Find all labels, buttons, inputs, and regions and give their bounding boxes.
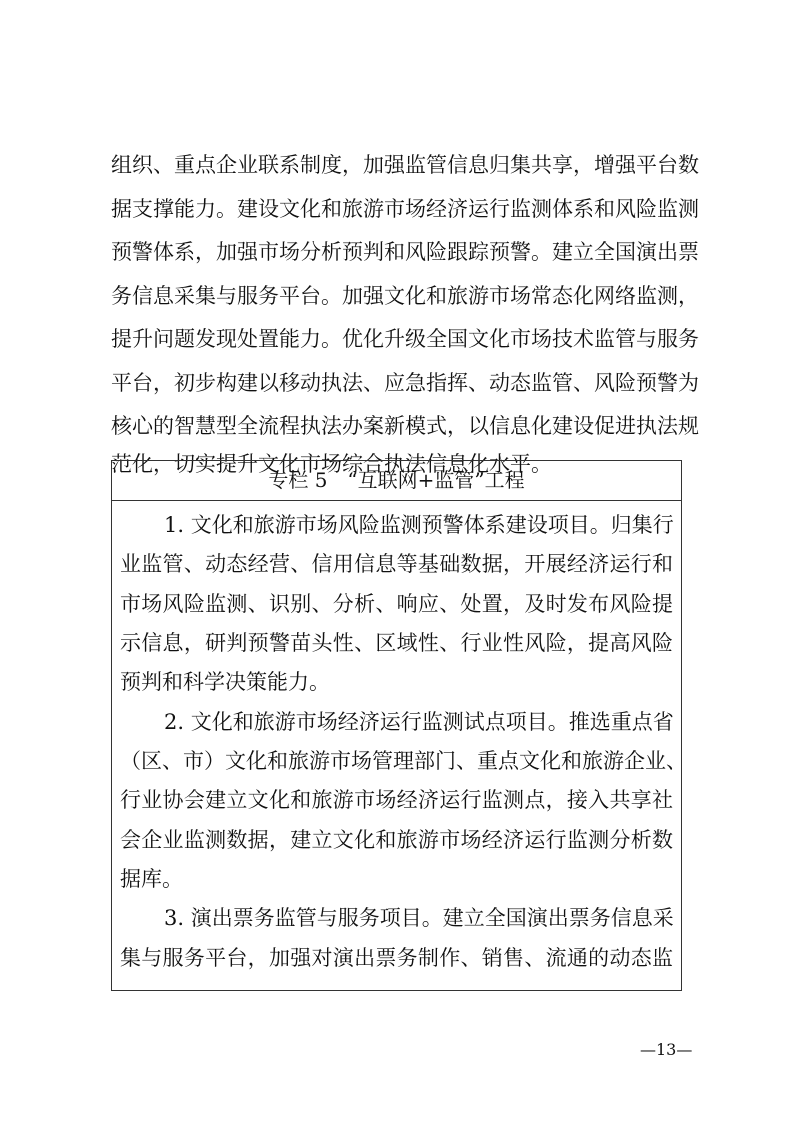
paragraph-line: 组织、重点企业联系制度，加强监管信息归集共享，增强平台数 [111, 153, 686, 177]
box-line: （区、市）文化和旅游市场管理部门、重点文化和旅游企业、 [120, 749, 673, 773]
paragraph-line: 据支撑能力。建设文化和旅游市场经济运行监测体系和风险监测 [111, 197, 686, 221]
box-line: 行业协会建立文化和旅游市场经济运行监测点，接入共享社 [120, 788, 673, 812]
box-line: 据库。 [120, 867, 673, 891]
paragraph-line: 务信息采集与服务平台。加强文化和旅游市场常态化网络监测， [111, 284, 686, 308]
box-line: 2. 文化和旅游市场经济运行监测试点项目。推选重点省 [164, 710, 673, 734]
box-line: 市场风险监测、识别、分析、响应、处置，及时发布风险提 [120, 592, 673, 616]
column-box: 专栏 5 “互联网+监管”工程 1. 文化和旅游市场风险监测预警体系建设项目。归… [111, 460, 682, 991]
paragraph-line: 核心的智慧型全流程执法办案新模式，以信息化建设促进执法规 [111, 414, 686, 438]
column-box-title: 专栏 5 “互联网+监管”工程 [112, 461, 681, 501]
box-line: 1. 文化和旅游市场风险监测预警体系建设项目。归集行 [164, 513, 673, 537]
box-line: 3. 演出票务监管与服务项目。建立全国演出票务信息采 [164, 906, 673, 930]
paragraph-line: 平台，初步构建以移动执法、应急指挥、动态监管、风险预警为 [111, 371, 686, 395]
paragraph-line: 预警体系，加强市场分析预判和风险跟踪预警。建立全国演出票 [111, 240, 686, 264]
box-line: 会企业监测数据，建立文化和旅游市场经济运行监测分析数 [120, 828, 673, 852]
box-line: 预判和科学决策能力。 [120, 670, 673, 694]
paragraph-line: 提升问题发现处置能力。优化升级全国文化市场技术监管与服务 [111, 327, 686, 351]
box-line: 示信息，研判预警苗头性、区域性、行业性风险，提高风险 [120, 631, 673, 655]
box-line: 业监管、动态经营、信用信息等基础数据，开展经济运行和 [120, 552, 673, 576]
box-line: 集与服务平台，加强对演出票务制作、销售、流通的动态监 [120, 946, 673, 970]
page-number: —13— [640, 1040, 692, 1060]
